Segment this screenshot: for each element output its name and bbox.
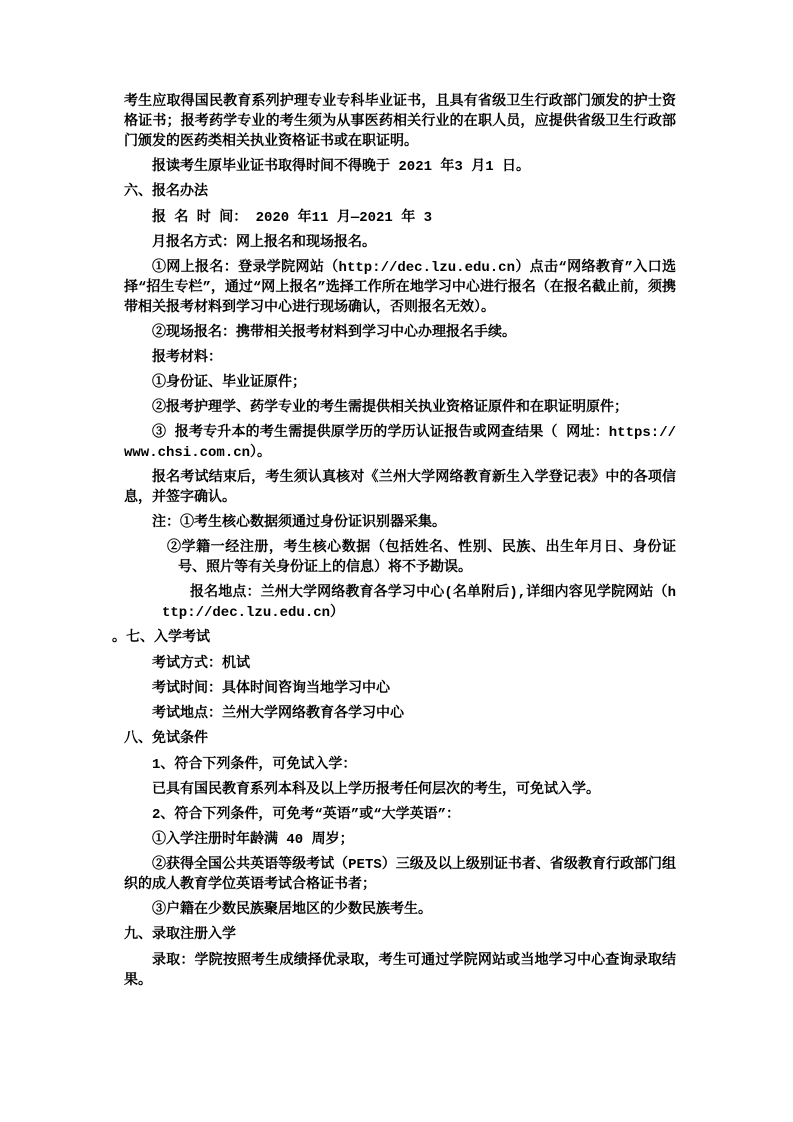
section-heading: 九、录取注册入学 xyxy=(124,925,676,945)
paragraph: 考试方式：机试 xyxy=(124,654,676,674)
paragraph: 报 名 时 间： 2020 年11 月—2021 年 3 xyxy=(124,208,676,228)
paragraph: 报考材料： xyxy=(124,348,676,368)
paragraph: 月报名方式：网上报名和现场报名。 xyxy=(124,233,676,253)
paragraph: 考试地点：兰州大学网络教育各学习中心 xyxy=(124,704,676,724)
section-heading: 。七、入学考试 xyxy=(124,628,676,648)
paragraph: 报名考试结束后，考生须认真核对《兰州大学网络教育新生入学登记表》中的各项信息，并… xyxy=(124,468,676,508)
paragraph: 考生应取得国民教育系列护理专业专科毕业证书，且具有省级卫生行政部门颁发的护士资格… xyxy=(124,92,676,152)
paragraph: 注：①考生核心数据须通过身份证识别器采集。 xyxy=(124,513,676,533)
paragraph: ①身份证、毕业证原件； xyxy=(124,373,676,393)
section-heading: 八、免试条件 xyxy=(124,729,676,749)
paragraph: ②学籍一经注册，考生核心数据（包括姓名、性别、民族、出生年月日、身份证号、照片等… xyxy=(178,538,676,578)
paragraph: ②现场报名：携带相关报考材料到学习中心办理报名手续。 xyxy=(124,323,676,343)
paragraph: 考试时间：具体时间咨询当地学习中心 xyxy=(124,679,676,699)
paragraph: ②报考护理学、药学专业的考生需提供相关执业资格证原件和在职证明原件； xyxy=(124,398,676,418)
document-page: 考生应取得国民教育系列护理专业专科毕业证书，且具有省级卫生行政部门颁发的护士资格… xyxy=(0,0,793,1122)
paragraph: 已具有国民教育系列本科及以上学历报考任何层次的考生，可免试入学。 xyxy=(124,780,676,800)
paragraph: ③户籍在少数民族聚居地区的少数民族考生。 xyxy=(124,900,676,920)
document-body: 考生应取得国民教育系列护理专业专科毕业证书，且具有省级卫生行政部门颁发的护士资格… xyxy=(124,92,676,996)
paragraph: ①入学注册时年龄满 40 周岁； xyxy=(124,830,676,850)
paragraph: 报读考生原毕业证书取得时间不得晚于 2021 年3 月1 日。 xyxy=(124,157,676,177)
paragraph: ③ 报考专升本的考生需提供原学历的学历认证报告或网查结果（ 网址：https:/… xyxy=(124,423,676,463)
paragraph: ②获得全国公共英语等级考试（PETS）三级及以上级别证书者、省级教育行政部门组 … xyxy=(124,855,676,895)
paragraph: 报名地点：兰州大学网络教育各学习中心(名单附后),详细内容见学院网站（http:… xyxy=(162,583,676,623)
section-heading: 六、报名办法 xyxy=(124,182,676,202)
paragraph: ①网上报名：登录学院网站（http://dec.lzu.edu.cn）点击“网络… xyxy=(124,258,676,318)
paragraph: 1、符合下列条件，可免试入学： xyxy=(124,755,676,775)
paragraph: 录取：学院按照考生成绩择优录取，考生可通过学院网站或当地学习中心查询录取结果。 xyxy=(124,951,676,991)
paragraph: 2、符合下列条件，可免考“英语”或“大学英语”： xyxy=(124,805,676,825)
